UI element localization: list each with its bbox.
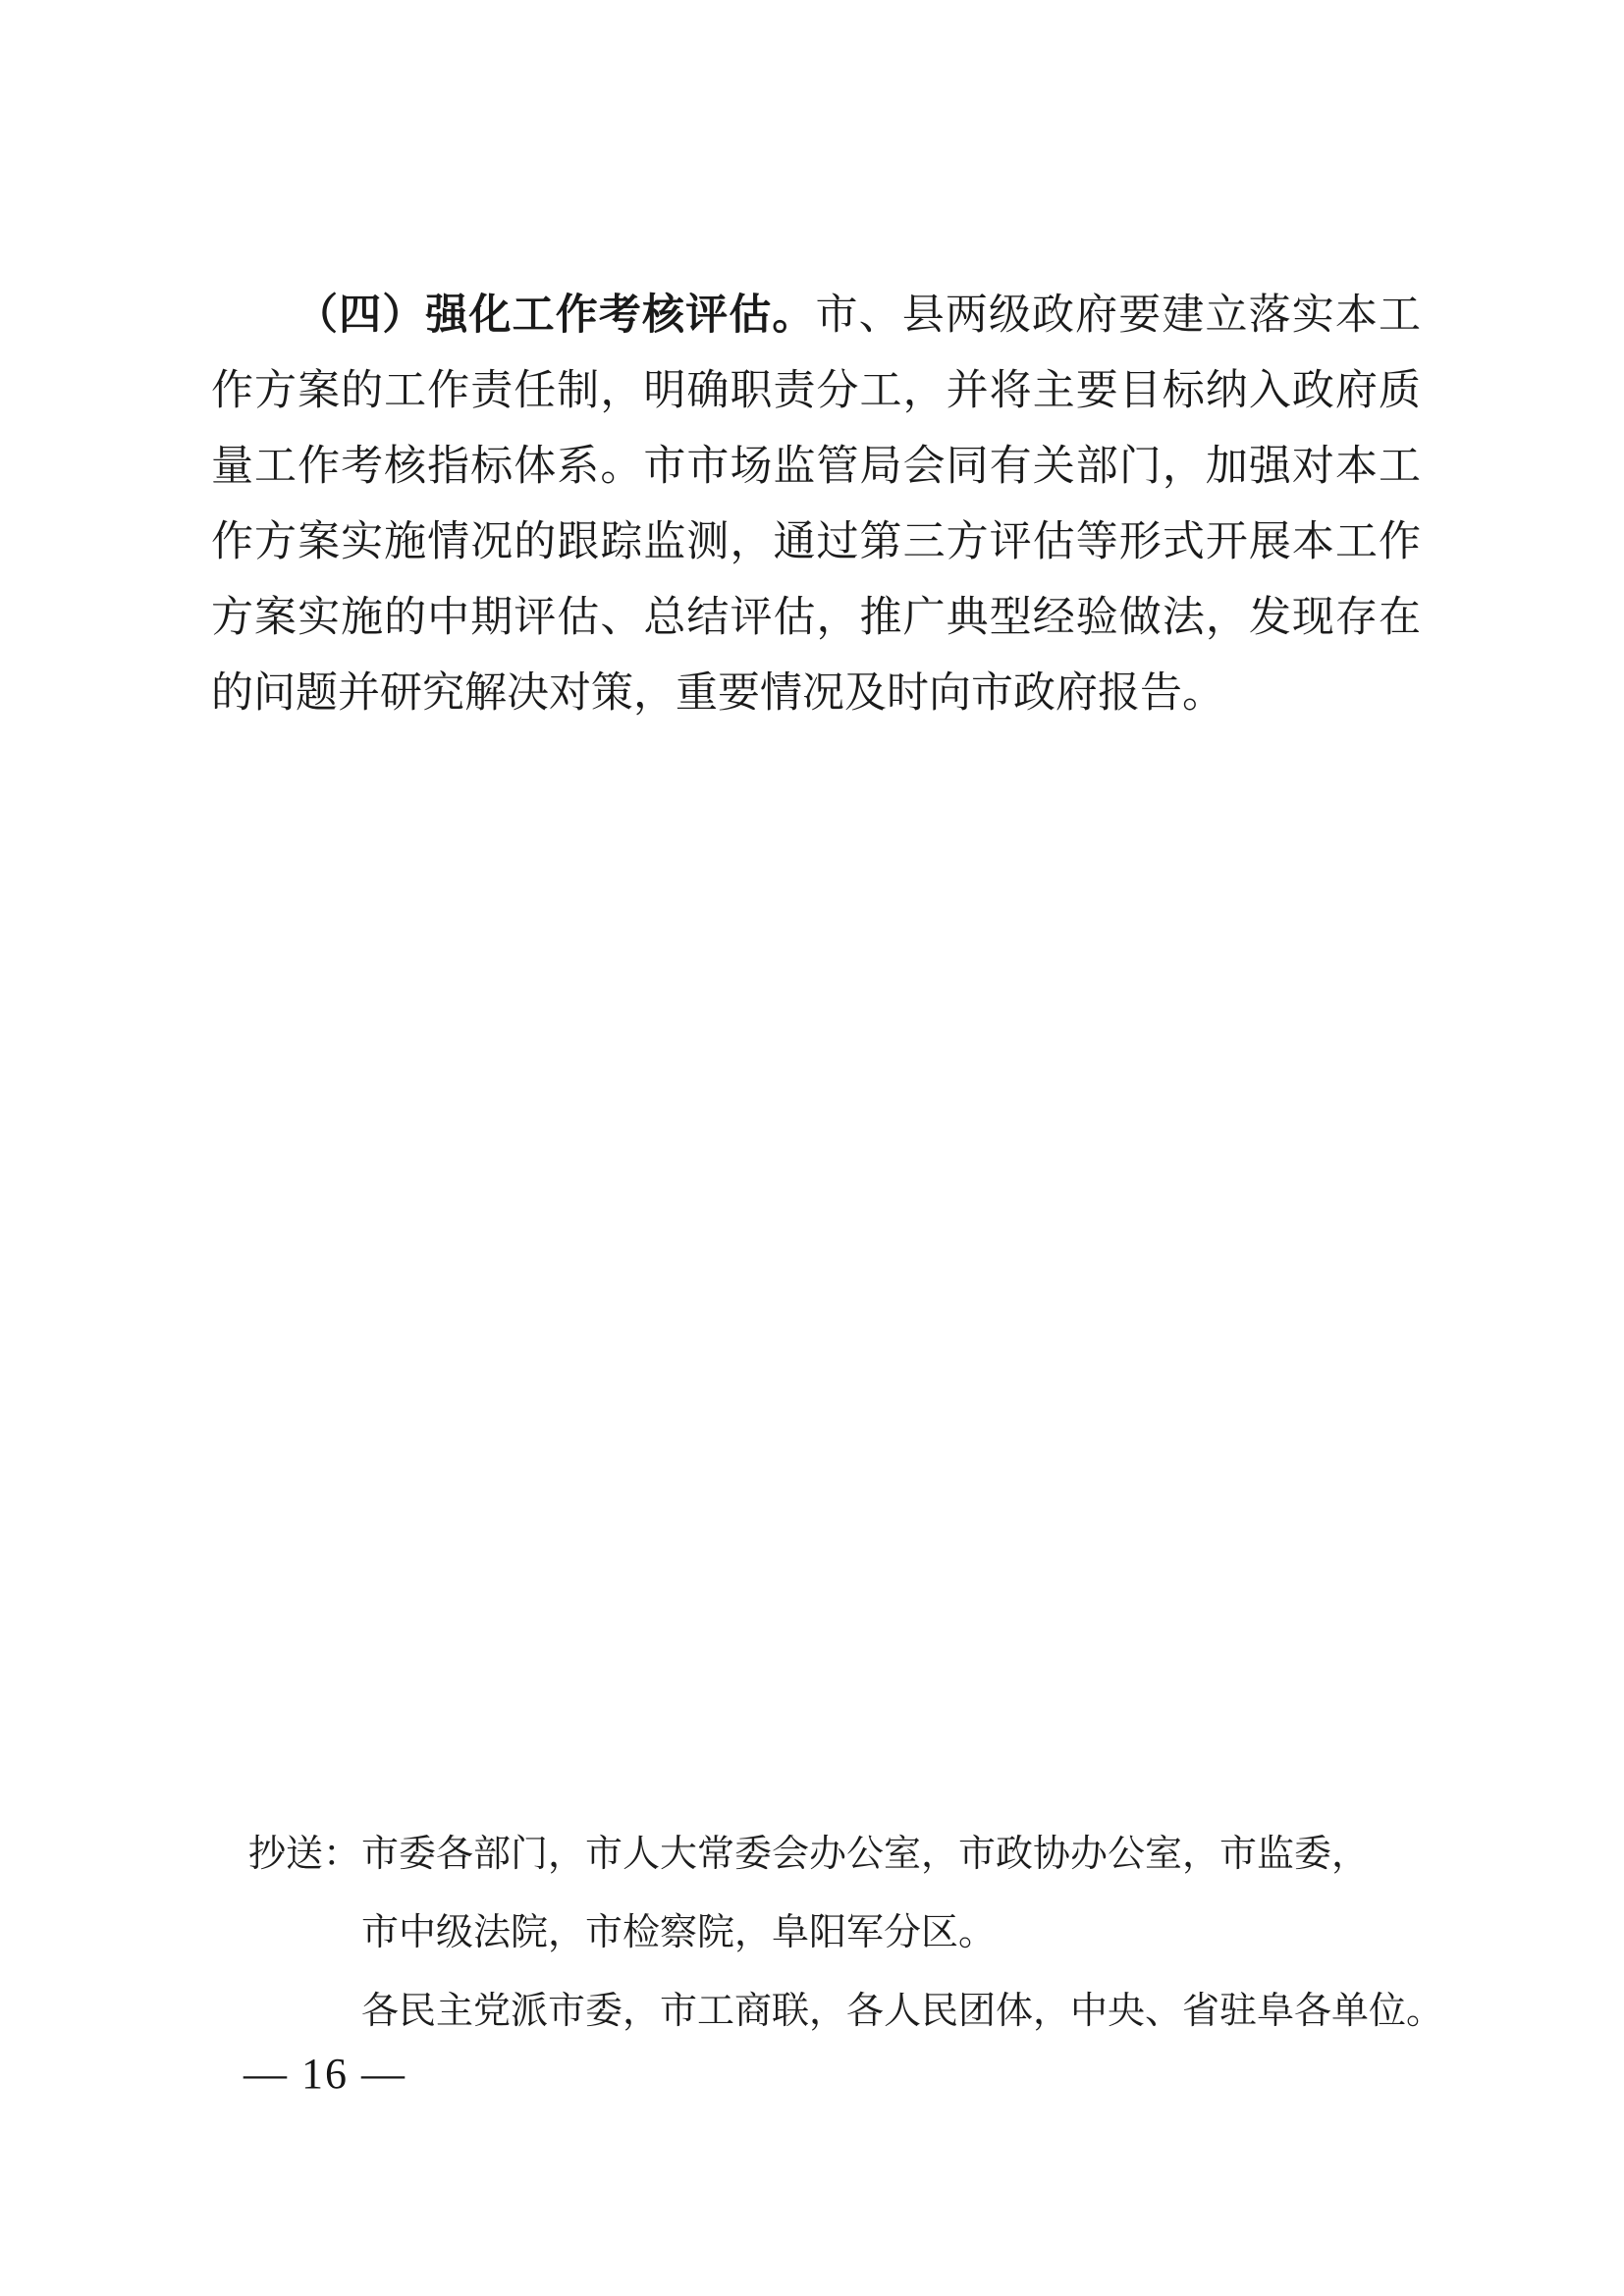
document-page: （四）强化工作考核评估。市、县两级政府要建立落实本工 作方案的工作责任制，明确职… xyxy=(0,0,1624,2296)
copy-to-block: 抄送：市委各部门，市人大常委会办公室，市政协办公室，市监委， 市中级法院，市检察… xyxy=(248,1815,1436,2051)
copy-to-line-2: 市中级法院，市检察院，阜阳军分区。 xyxy=(248,1894,1436,1972)
section-heading: （四）强化工作考核评估。 xyxy=(296,293,815,339)
copy-to-row-1: 抄送：市委各部门，市人大常委会办公室，市政协办公室，市监委， xyxy=(248,1815,1436,1894)
paragraph-line-3: 量工作考核指标体系。市市场监管局会同有关部门，加强对本工 xyxy=(211,429,1421,505)
paragraph-line-4: 作方案实施情况的跟踪监测，通过第三方评估等形式开展本工作 xyxy=(211,505,1421,580)
paragraph-line-1-text: 市、县两级政府要建立落实本工 xyxy=(815,293,1421,339)
paragraph-line-5: 方案实施的中期评估、总结评估，推广典型经验做法，发现存在 xyxy=(211,580,1421,656)
paragraph-line-2: 作方案的工作责任制，明确职责分工，并将主要目标纳入政府质 xyxy=(211,353,1421,429)
page-number: — 16 — xyxy=(244,2052,406,2097)
copy-to-label: 抄送： xyxy=(248,1815,361,1894)
paragraph-line-6: 的问题并研究解决对策，重要情况及时向市政府报告。 xyxy=(211,656,1421,731)
body-paragraph: （四）强化工作考核评估。市、县两级政府要建立落实本工 作方案的工作责任制，明确职… xyxy=(211,278,1421,731)
copy-to-line-1: 市委各部门，市人大常委会办公室，市政协办公室，市监委， xyxy=(361,1834,1369,1875)
paragraph-line-1: （四）强化工作考核评估。市、县两级政府要建立落实本工 xyxy=(211,278,1421,353)
copy-to-line-3: 各民主党派市委，市工商联，各人民团体，中央、省驻阜各单位。 xyxy=(248,1972,1436,2051)
